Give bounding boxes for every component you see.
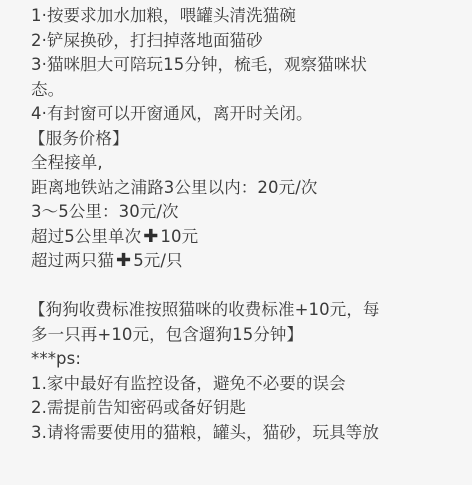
price-over-two-cats: 超过两只猫✚5元/只 [31,249,471,274]
task-item-3: 3·猫咪胆大可陪玩15分钟，梳毛，观察猫咪状 [31,53,471,78]
task-item-1: 1·按要求加水加粮，喂罐头清洗猫碗 [31,4,471,29]
task-item-4: 4·有封窗可以开窗通风，离开时关闭。 [31,102,471,127]
price-over-5km-label: 超过5公里单次 [31,227,141,246]
pricing-heading: 【服务价格】 [29,127,471,152]
plus-icon: ✚ [114,250,133,271]
price-over-5km: 超过5公里单次✚10元 [31,225,471,250]
price-3-to-5km: 3～5公里：30元/次 [31,200,471,225]
ps-item-1: 1.家中最好有监控设备，避免不必要的误会 [31,372,471,397]
task-item-3-continued: 态。 [31,78,471,103]
dog-note-line-2: 多一只再+10元，包含遛狗15分钟】 [31,323,471,348]
price-within-3km: 距离地铁站之浦路3公里以内：20元/次 [31,176,471,201]
blank-line [31,274,471,299]
plus-icon: ✚ [141,226,160,247]
task-item-2: 2·铲屎换砂，打扫掉落地面猫砂 [31,29,471,54]
ps-heading: ***ps: [31,347,471,372]
ps-item-3: 3.请将需要使用的猫粮，罐头，猫砂，玩具等放 [31,421,471,446]
service-document: 1·按要求加水加粮，喂罐头清洗猫碗 2·铲屎换砂，打扫掉落地面猫砂 3·猫咪胆大… [31,4,471,445]
price-over-5km-amount: 10元 [160,227,198,246]
pricing-intro: 全程接单, [31,151,471,176]
ps-item-2: 2.需提前告知密码或备好钥匙 [31,396,471,421]
price-over-two-cats-label: 超过两只猫 [31,251,114,270]
dog-note-line-1: 【狗狗收费标准按照猫咪的收费标准+10元，每 [29,298,471,323]
price-over-two-cats-amount: 5元/只 [133,251,182,270]
